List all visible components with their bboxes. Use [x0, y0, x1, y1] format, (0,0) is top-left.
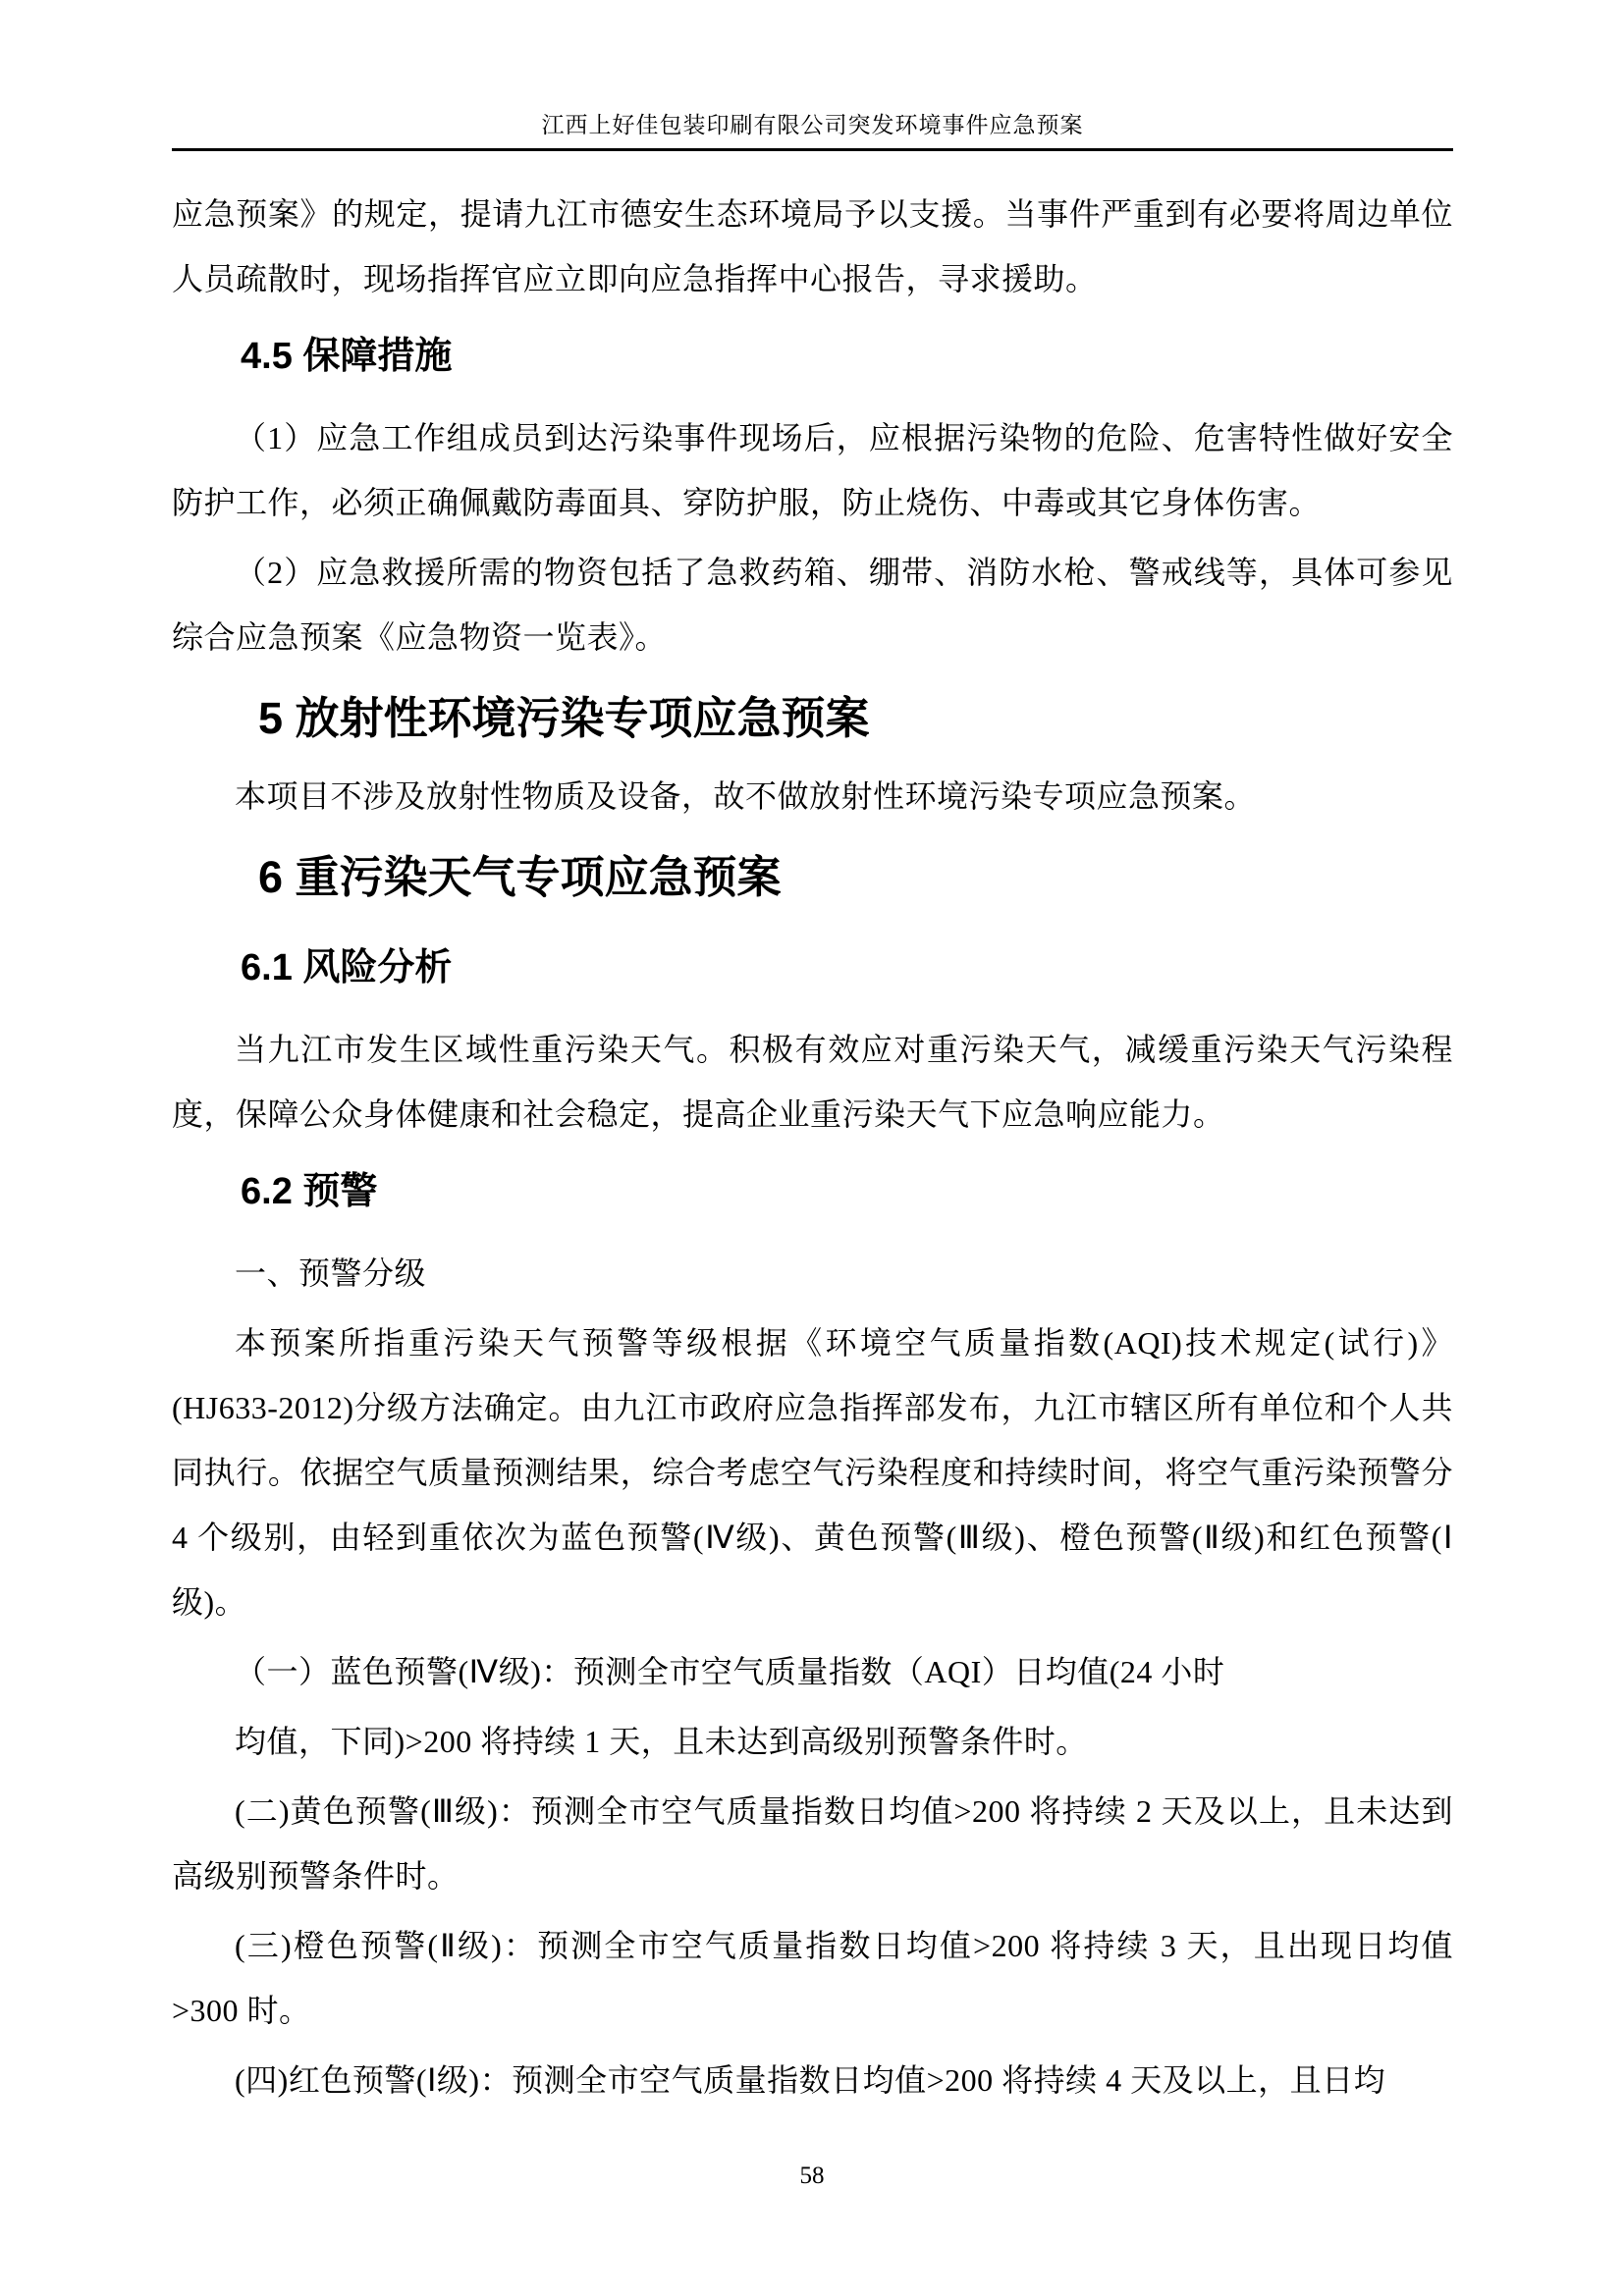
paragraph-red-warning: (四)红色预警(Ⅰ级)：预测全市空气质量指数日均值>200 将持续 4 天及以上… — [172, 2048, 1453, 2112]
header-rule — [172, 148, 1453, 151]
page-number: 58 — [800, 2163, 825, 2189]
page-header: 江西上好佳包装印刷有限公司突发环境事件应急预案 — [172, 0, 1453, 151]
heading-6-heavy-pollution-plan: 6 重污染天气专项应急预案 — [172, 848, 1453, 907]
paragraph-safeguard-1: （1）应急工作组成员到达污染事件现场后，应根据污染物的危险、危害特性做好安全防护… — [172, 405, 1453, 535]
document-page: 江西上好佳包装印刷有限公司突发环境事件应急预案 应急预案》的规定，提请九江市德安… — [0, 0, 1624, 2296]
document-body: 应急预案》的规定，提请九江市德安生态环境局予以支援。当事件严重到有必要将周边单位… — [172, 152, 1453, 2112]
paragraph-blue-warning-line2: 均值，下同)>200 将持续 1 天，且未达到高级别预警条件时。 — [172, 1709, 1453, 1774]
heading-4-5-safeguard-measures: 4.5 保障措施 — [172, 333, 1453, 380]
header-title: 江西上好佳包装印刷有限公司突发环境事件应急预案 — [172, 0, 1453, 143]
heading-6-2-warning: 6.2 预警 — [172, 1168, 1453, 1215]
paragraph-radioactive-note: 本项目不涉及放射性物质及设备，故不做放射性环境污染专项应急预案。 — [172, 764, 1453, 828]
paragraph-orange-warning: (三)橙色预警(Ⅱ级)：预测全市空气质量指数日均值>200 将持续 3 天，且出… — [172, 1913, 1453, 2043]
paragraph-warning-classification-label: 一、预警分级 — [172, 1241, 1453, 1306]
paragraph-support-request: 应急预案》的规定，提请九江市德安生态环境局予以支援。当事件严重到有必要将周边单位… — [172, 182, 1453, 311]
paragraph-warning-classification-body: 本预案所指重污染天气预警等级根据《环境空气质量指数(AQI)技术规定(试行)》(… — [172, 1310, 1453, 1634]
heading-5-radioactive-plan: 5 放射性环境污染专项应急预案 — [172, 689, 1453, 748]
heading-6-1-risk-analysis: 6.1 风险分析 — [172, 944, 1453, 991]
paragraph-safeguard-2: （2）应急救援所需的物资包括了急救药箱、绷带、消防水枪、警戒线等，具体可参见综合… — [172, 540, 1453, 669]
paragraph-blue-warning-line1: （一）蓝色预警(Ⅳ级)：预测全市空气质量指数（AQI）日均值(24 小时 — [172, 1639, 1453, 1704]
paragraph-yellow-warning: (二)黄色预警(Ⅲ级)：预测全市空气质量指数日均值>200 将持续 2 天及以上… — [172, 1779, 1453, 1908]
paragraph-risk-analysis: 当九江市发生区域性重污染天气。积极有效应对重污染天气，减缓重污染天气污染程度，保… — [172, 1017, 1453, 1147]
page-footer: 58 — [0, 2160, 1624, 2193]
